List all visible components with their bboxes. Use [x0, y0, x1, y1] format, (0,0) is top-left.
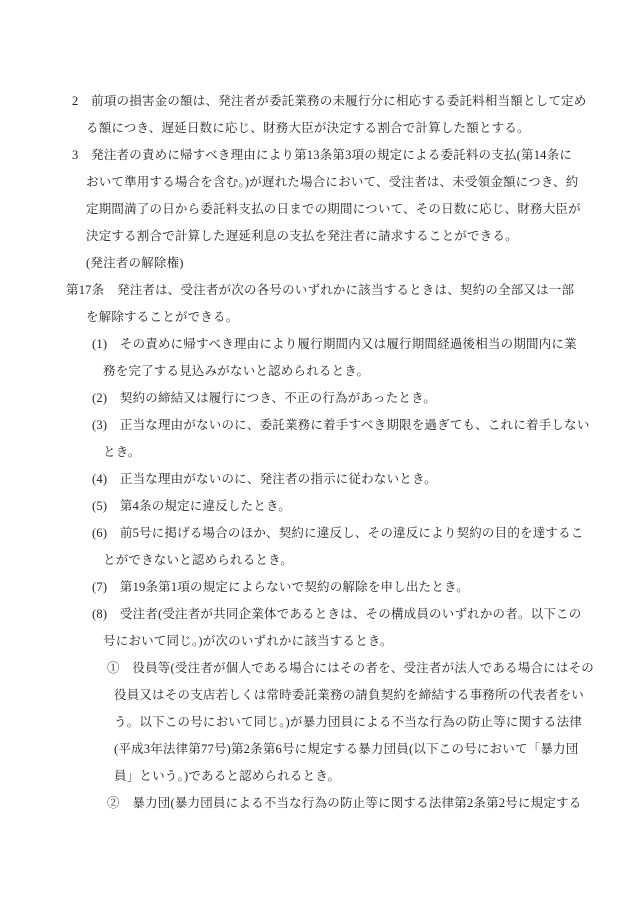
document-page: 2 前項の損害金の額は、発注者が委託業務の未履行分に相応する委託料相当額として定…	[0, 0, 630, 903]
document-line: 第17条 発注者は、受注者が次の各号のいずれかに該当するときは、契約の全部又は一…	[66, 277, 586, 304]
document-line: 員」という。)であると認められるとき。	[114, 763, 586, 790]
document-line: 2 前項の損害金の額は、発注者が委託業務の未履行分に相応する委託料相当額として定…	[72, 88, 586, 115]
document-line: 務を完了する見込みがないと認められるとき。	[103, 358, 586, 385]
document-line: (3) 正当な理由がないのに、委託業務に着手すべき期限を過ぎても、これに着手しな…	[92, 412, 586, 439]
document-line: (2) 契約の締結又は履行につき、不正の行為があったとき。	[92, 385, 586, 412]
document-line: う。以下この号において同じ。)が暴力団員による不当な行為の防止等に関する法律	[114, 709, 586, 736]
contract-lines: 2 前項の損害金の額は、発注者が委託業務の未履行分に相応する委託料相当額として定…	[66, 88, 586, 817]
document-line: 決定する割合で計算した遅延利息の支払を発注者に請求することができる。	[86, 223, 586, 250]
document-line: 役員又はその支店若しくは常時委託業務の請負契約を締結する事務所の代表者をい	[114, 682, 586, 709]
document-line: とができないと認められるとき。	[103, 547, 586, 574]
document-line: (8) 受注者(受注者が共同企業体であるときは、その構成員のいずれかの者。以下こ…	[92, 601, 586, 628]
document-line: ① 役員等(受注者が個人である場合にはその者を、受注者が法人である場合にはその	[107, 655, 586, 682]
document-line: ② 暴力団(暴力団員による不当な行為の防止等に関する法律第2条第2号に規定する	[107, 790, 586, 817]
document-line: (平成3年法律第77号)第2条第6号に規定する暴力団員(以下この号において「暴力…	[114, 736, 586, 763]
document-line: (4) 正当な理由がないのに、発注者の指示に従わないとき。	[92, 466, 586, 493]
document-line: おいて準用する場合を含む。)が遅れた場合において、受注者は、未受領金額につき、約	[86, 169, 586, 196]
document-line: を解除することができる。	[86, 304, 586, 331]
document-line: る額につき、遅延日数に応じ、財務大臣が決定する割合で計算した額とする。	[86, 115, 586, 142]
document-line: 号において同じ。)が次のいずれかに該当するとき。	[103, 628, 586, 655]
document-line: (6) 前5号に掲げる場合のほか、契約に違反し、その違反により契約の目的を達する…	[92, 520, 586, 547]
document-line: (7) 第19条第1項の規定によらないで契約の解除を申し出たとき。	[92, 574, 586, 601]
document-line: 定期間満了の日から委託料支払の日までの期間について、その日数に応じ、財務大臣が	[86, 196, 586, 223]
document-line: とき。	[103, 439, 586, 466]
document-line: (5) 第4条の規定に違反したとき。	[92, 493, 586, 520]
document-line: 3 発注者の責めに帰すべき理由により第13条第3項の規定による委託料の支払(第1…	[72, 142, 586, 169]
document-line: (発注者の解除権)	[86, 250, 586, 277]
document-line: (1) その責めに帰すべき理由により履行期間内又は履行期間経過後相当の期間内に業	[92, 331, 586, 358]
